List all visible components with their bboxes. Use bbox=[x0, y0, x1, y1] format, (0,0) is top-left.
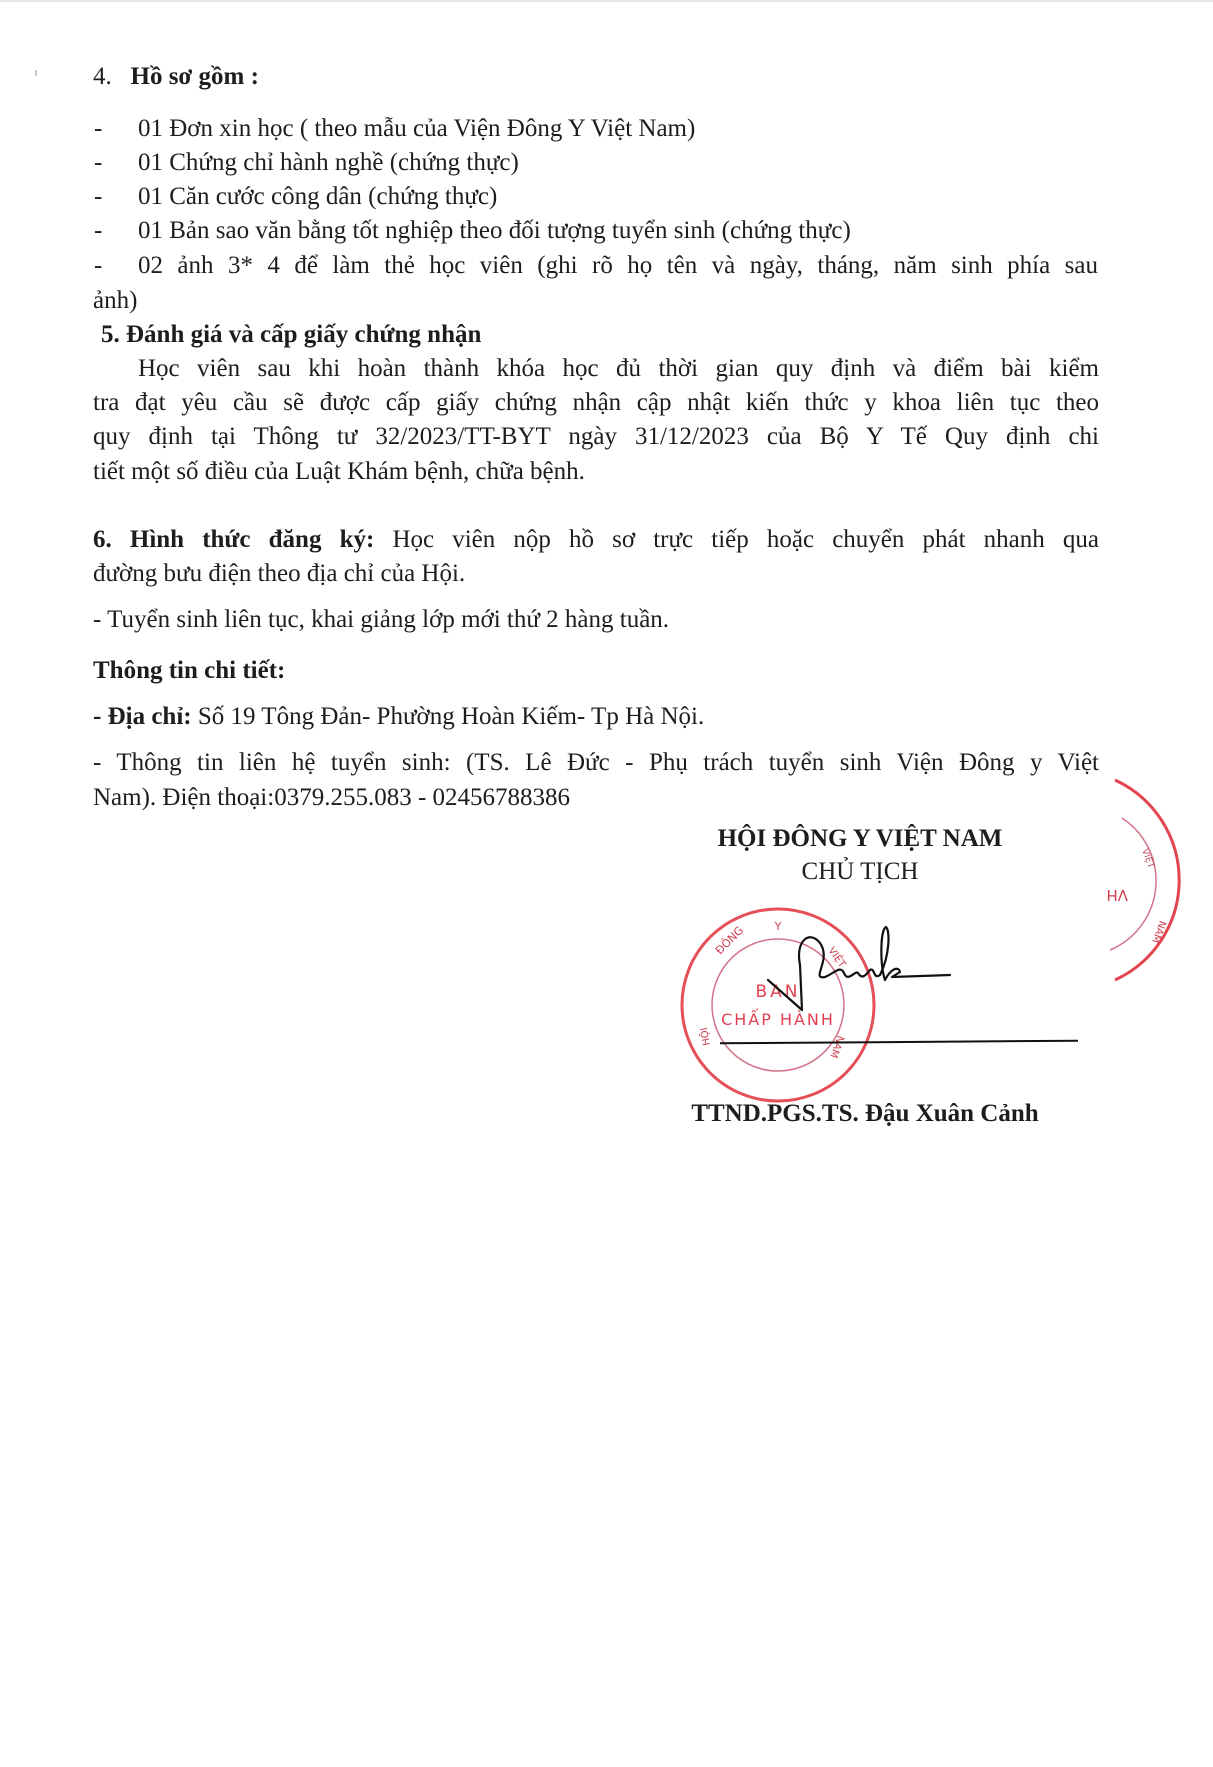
section-5-paragraph-line: quy định tại Thông tư 32/2023/TT-BYT ngà… bbox=[93, 422, 1099, 452]
list-bullet: - bbox=[94, 251, 102, 281]
section-4-title: Hồ sơ gồm : bbox=[131, 63, 259, 90]
section-5-paragraph-line: tra đạt yêu cầu sẽ được cấp giấy chứng n… bbox=[93, 388, 1099, 418]
partial-seal-stamp: VH VIỆT NAM bbox=[1090, 770, 1213, 990]
address-label: - Địa chỉ: bbox=[93, 703, 192, 730]
section-5-paragraph-line: tiết một số điều của Luật Khám bệnh, chữ… bbox=[93, 457, 585, 487]
list-bullet: - bbox=[94, 114, 102, 144]
handwritten-signature bbox=[740, 925, 1000, 1025]
list-item: 01 Đơn xin học ( theo mẫu của Viện Đông … bbox=[138, 114, 695, 144]
seal-ring-text: HỘI bbox=[697, 1026, 713, 1046]
section-5-heading: 5. Đánh giá và cấp giấy chứng nhận bbox=[101, 320, 481, 350]
section-6-text: Học viên nộp hồ sơ trực tiếp hoặc chuyển… bbox=[392, 526, 1099, 553]
section-5-title: Đánh giá và cấp giấy chứng nhận bbox=[126, 321, 481, 348]
address-value: Số 19 Tông Đản- Phường Hoàn Kiếm- Tp Hà … bbox=[198, 703, 704, 730]
address-line: - Địa chỉ: Số 19 Tông Đản- Phường Hoàn K… bbox=[93, 702, 704, 732]
signature-position: CHỦ TỊCH bbox=[660, 857, 1060, 887]
enrollment-note: - Tuyển sinh liên tục, khai giảng lớp mớ… bbox=[93, 605, 669, 635]
section-5-paragraph-line: Học viên sau khi hoàn thành khóa học đủ … bbox=[138, 354, 1099, 384]
scan-speck bbox=[35, 70, 37, 76]
list-item: 02 ảnh 3* 4 để làm thẻ học viên (ghi rõ … bbox=[138, 251, 1098, 281]
contact-line-1: - Thông tin liên hệ tuyển sinh: (TS. Lê … bbox=[93, 748, 1099, 778]
list-item: 01 Bản sao văn bằng tốt nghiệp theo đối … bbox=[138, 216, 851, 246]
section-5-number: 5. bbox=[101, 321, 120, 348]
section-6-line-1: 6. Hình thức đăng ký: Học viên nộp hồ sơ… bbox=[93, 525, 1099, 555]
section-4-number: 4. bbox=[93, 63, 112, 90]
section-6-line-2: đường bưu điện theo địa chỉ của Hội. bbox=[93, 559, 465, 589]
list-item: 01 Căn cước công dân (chứng thực) bbox=[138, 182, 497, 212]
signature-organization: HỘI ĐÔNG Y VIỆT NAM bbox=[660, 824, 1060, 854]
details-heading: Thông tin chi tiết: bbox=[93, 656, 285, 686]
list-item-continuation: ảnh) bbox=[93, 286, 137, 316]
section-6-label: 6. Hình thức đăng ký: bbox=[93, 526, 374, 553]
section-4-heading: 4. Hồ sơ gồm : bbox=[93, 62, 259, 92]
partial-seal-text: VH bbox=[1106, 886, 1128, 904]
page-top-edge bbox=[0, 0, 1213, 2]
contact-line-2: Nam). Điện thoại:0379.255.083 - 02456788… bbox=[93, 783, 570, 813]
list-bullet: - bbox=[94, 182, 102, 212]
list-bullet: - bbox=[94, 148, 102, 178]
list-item: 01 Chứng chỉ hành nghề (chứng thực) bbox=[138, 148, 519, 178]
partial-seal-ring-text: NAM bbox=[1149, 919, 1167, 944]
signer-name: TTND.PGS.TS. Đậu Xuân Cảnh bbox=[655, 1099, 1075, 1129]
list-bullet: - bbox=[94, 216, 102, 246]
